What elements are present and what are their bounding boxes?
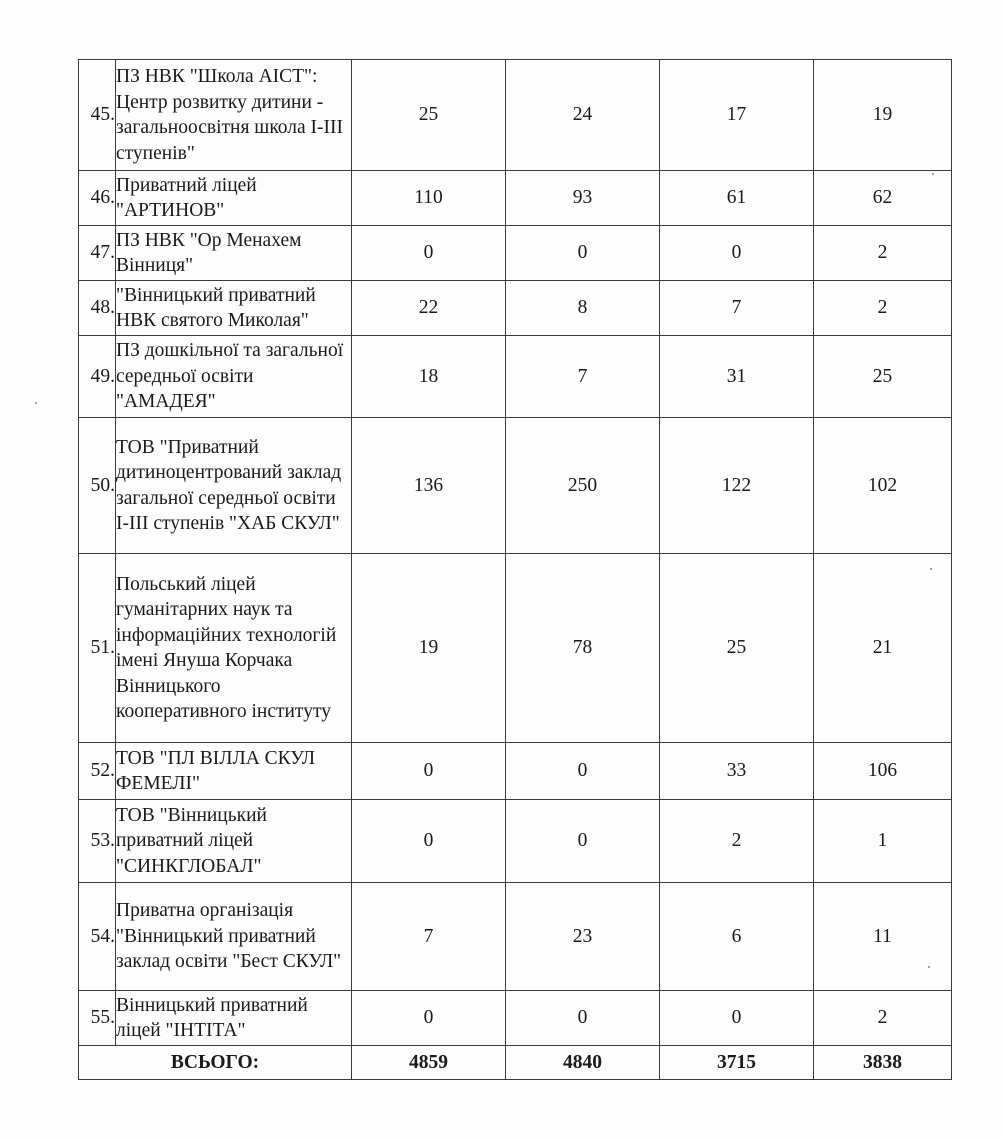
row-number: 55. xyxy=(79,991,116,1046)
table-row: 48."Вінницький приватний НВК святого Мик… xyxy=(79,281,952,336)
table-row: 46.Приватний ліцей "АРТИНОВ"110936162 xyxy=(79,171,952,226)
table-row: 45.ПЗ НВК "Школа АІСТ": Центр розвитку д… xyxy=(79,60,952,171)
value-cell-2: 0 xyxy=(506,226,660,281)
value-cell-2: 250 xyxy=(506,418,660,554)
value-cell-2: 8 xyxy=(506,281,660,336)
value-cell-3: 122 xyxy=(660,418,814,554)
value-cell-4: 19 xyxy=(814,60,952,171)
value-cell-2: 0 xyxy=(506,991,660,1046)
institution-name: Приватний ліцей "АРТИНОВ" xyxy=(116,171,352,226)
total-label: ВСЬОГО: xyxy=(79,1046,352,1080)
value-cell-4: 2 xyxy=(814,991,952,1046)
value-cell-1: 0 xyxy=(352,991,506,1046)
value-cell-2: 0 xyxy=(506,800,660,883)
institution-name: Приватна організація "Вінницький приватн… xyxy=(116,883,352,991)
value-cell-4: 1 xyxy=(814,800,952,883)
row-number: 50. xyxy=(79,418,116,554)
value-cell-4: 62 xyxy=(814,171,952,226)
total-row: ВСЬОГО:4859484037153838 xyxy=(79,1046,952,1080)
value-cell-3: 0 xyxy=(660,226,814,281)
value-cell-4: 25 xyxy=(814,336,952,418)
value-cell-2: 7 xyxy=(506,336,660,418)
institution-name: ТОВ "Вінницький приватний ліцей "СИНКГЛО… xyxy=(116,800,352,883)
value-cell-1: 19 xyxy=(352,554,506,743)
institution-name: ПЗ НВК "Ор Менахем Вінниця" xyxy=(116,226,352,281)
value-cell-4: 102 xyxy=(814,418,952,554)
value-cell-1: 110 xyxy=(352,171,506,226)
value-cell-2: 23 xyxy=(506,883,660,991)
total-value-1: 4859 xyxy=(352,1046,506,1080)
value-cell-1: 7 xyxy=(352,883,506,991)
table-row: 53.ТОВ "Вінницький приватний ліцей "СИНК… xyxy=(79,800,952,883)
row-number: 46. xyxy=(79,171,116,226)
scan-speck xyxy=(35,402,37,404)
total-value-4: 3838 xyxy=(814,1046,952,1080)
table-body: 45.ПЗ НВК "Школа АІСТ": Центр розвитку д… xyxy=(79,60,952,1080)
value-cell-1: 18 xyxy=(352,336,506,418)
scan-speck xyxy=(930,568,932,570)
scan-speck xyxy=(928,966,930,968)
value-cell-3: 0 xyxy=(660,991,814,1046)
table-row: 55.Вінницький приватний ліцей "ІНТІТА"00… xyxy=(79,991,952,1046)
value-cell-1: 0 xyxy=(352,800,506,883)
table-row: 49.ПЗ дошкільної та загальної середньої … xyxy=(79,336,952,418)
institution-name: "Вінницький приватний НВК святого Микола… xyxy=(116,281,352,336)
institution-name: ТОВ "Приватний дитиноцентрований заклад … xyxy=(116,418,352,554)
row-number: 49. xyxy=(79,336,116,418)
value-cell-2: 78 xyxy=(506,554,660,743)
institution-name: ПЗ дошкільної та загальної середньої осв… xyxy=(116,336,352,418)
total-value-2: 4840 xyxy=(506,1046,660,1080)
value-cell-3: 6 xyxy=(660,883,814,991)
schools-table: 45.ПЗ НВК "Школа АІСТ": Центр розвитку д… xyxy=(78,59,952,1080)
value-cell-3: 7 xyxy=(660,281,814,336)
value-cell-4: 21 xyxy=(814,554,952,743)
scanned-page: 45.ПЗ НВК "Школа АІСТ": Центр розвитку д… xyxy=(0,0,1003,1139)
value-cell-1: 25 xyxy=(352,60,506,171)
total-value-3: 3715 xyxy=(660,1046,814,1080)
value-cell-4: 106 xyxy=(814,743,952,800)
scan-speck xyxy=(932,173,934,175)
row-number: 47. xyxy=(79,226,116,281)
value-cell-2: 0 xyxy=(506,743,660,800)
value-cell-1: 0 xyxy=(352,226,506,281)
row-number: 54. xyxy=(79,883,116,991)
value-cell-2: 24 xyxy=(506,60,660,171)
table-row: 51.Польський ліцей гуманітарних наук та … xyxy=(79,554,952,743)
value-cell-3: 61 xyxy=(660,171,814,226)
value-cell-4: 11 xyxy=(814,883,952,991)
value-cell-1: 136 xyxy=(352,418,506,554)
row-number: 45. xyxy=(79,60,116,171)
institution-name: Польський ліцей гуманітарних наук та інф… xyxy=(116,554,352,743)
value-cell-3: 2 xyxy=(660,800,814,883)
value-cell-2: 93 xyxy=(506,171,660,226)
value-cell-4: 2 xyxy=(814,226,952,281)
table-row: 47.ПЗ НВК "Ор Менахем Вінниця"0002 xyxy=(79,226,952,281)
institution-name: ПЗ НВК "Школа АІСТ": Центр розвитку дити… xyxy=(116,60,352,171)
row-number: 52. xyxy=(79,743,116,800)
value-cell-1: 0 xyxy=(352,743,506,800)
value-cell-3: 17 xyxy=(660,60,814,171)
value-cell-4: 2 xyxy=(814,281,952,336)
value-cell-3: 31 xyxy=(660,336,814,418)
value-cell-1: 22 xyxy=(352,281,506,336)
row-number: 53. xyxy=(79,800,116,883)
row-number: 51. xyxy=(79,554,116,743)
value-cell-3: 33 xyxy=(660,743,814,800)
institution-name: Вінницький приватний ліцей "ІНТІТА" xyxy=(116,991,352,1046)
table-row: 54.Приватна організація "Вінницький прив… xyxy=(79,883,952,991)
institution-name: ТОВ "ПЛ ВІЛЛА СКУЛ ФЕМЕЛІ" xyxy=(116,743,352,800)
value-cell-3: 25 xyxy=(660,554,814,743)
row-number: 48. xyxy=(79,281,116,336)
table-row: 50.ТОВ "Приватний дитиноцентрований закл… xyxy=(79,418,952,554)
table-row: 52.ТОВ "ПЛ ВІЛЛА СКУЛ ФЕМЕЛІ"0033106 xyxy=(79,743,952,800)
